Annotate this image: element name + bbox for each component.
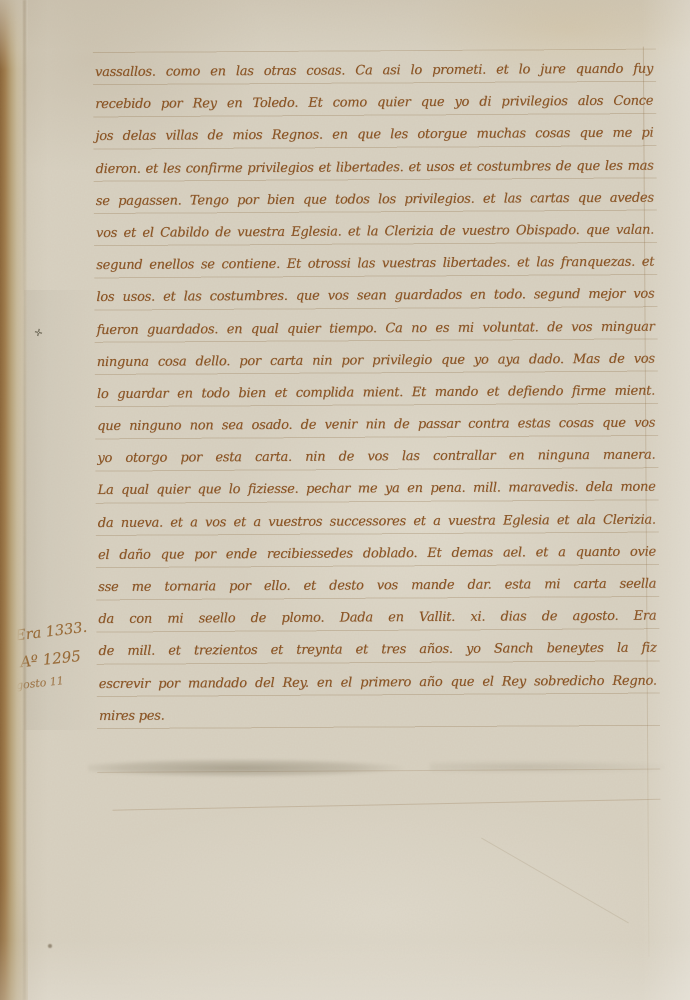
manuscript-line: sse me tornaria por ello. et desto vos m… xyxy=(98,568,656,604)
dirt-smudge-tail xyxy=(430,761,665,773)
manuscript-line: fueron guardados. en qual quier tiempo. … xyxy=(96,310,654,346)
manuscript-line: segund enellos se contiene. Et otrossi l… xyxy=(96,246,654,282)
manuscript-line: recebido por Rey en Toledo. Et como quie… xyxy=(95,85,653,121)
manuscript-line: el daño que por ende recibiessedes dobla… xyxy=(98,535,656,571)
manuscript-line: escrevir por mandado del Rey. en el prim… xyxy=(99,664,657,700)
manuscript-line: La qual quier que lo fiziesse. pechar me… xyxy=(97,471,655,507)
manuscript-line: vos et el Cabildo de vuestra Eglesia. et… xyxy=(96,214,654,250)
ink-fleck xyxy=(48,944,52,948)
manuscript-line: yo otorgo por esta carta. nin de vos las… xyxy=(97,439,655,475)
manuscript-line: da con mi seello de plomo. Dada en Valli… xyxy=(98,600,656,636)
manuscript-signature-line: mires pes. xyxy=(99,696,657,732)
ruled-line-below-text-2 xyxy=(113,799,661,811)
manuscript-line: vassallos. como en las otras cosas. Ca a… xyxy=(95,53,653,89)
manuscript-line: que ninguno non sea osado. de venir nin … xyxy=(97,407,655,443)
manuscript-line: ninguna cosa dello. por carta nin por pr… xyxy=(97,342,655,378)
manuscript-line: los usos. et las costumbres. que vos sea… xyxy=(96,278,654,314)
manuscript-line: da nueva. et a vos et a vuestros success… xyxy=(98,503,656,539)
manuscript-page: vassallos. como en las otras cosas. Ca a… xyxy=(0,0,690,1000)
written-area: vassallos. como en las otras cosas. Ca a… xyxy=(0,0,690,1000)
manuscript-line: dieron. et les confirme privilegios et l… xyxy=(95,149,653,185)
manuscript-line: de mill. et trezientos et treynta et tre… xyxy=(98,632,656,668)
manuscript-text-block: vassallos. como en las otras cosas. Ca a… xyxy=(95,53,657,732)
gutter-crease xyxy=(23,0,26,1000)
manuscript-line: jos delas villas de mios Regnos. en que … xyxy=(95,117,653,153)
manuscript-line: se pagassen. Tengo por bien que todos lo… xyxy=(96,181,654,217)
manuscript-line: lo guardar en todo bien et complida mien… xyxy=(97,374,655,410)
